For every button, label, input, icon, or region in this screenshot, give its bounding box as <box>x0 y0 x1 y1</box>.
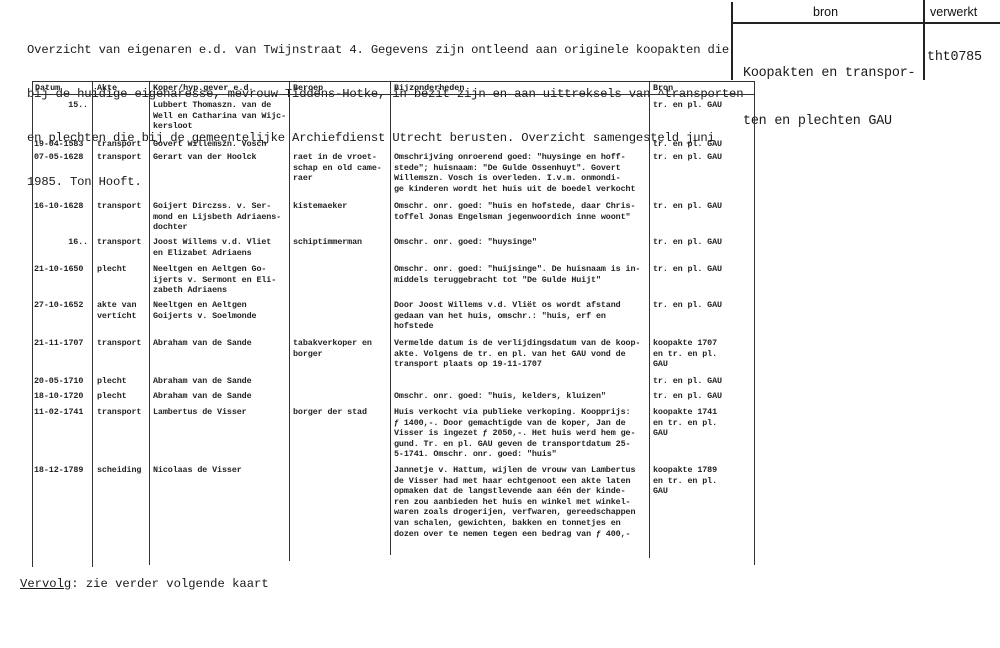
column-divider <box>390 81 391 555</box>
continuation-label: Vervolg <box>20 577 71 591</box>
cell-akte: scheiding <box>97 465 141 476</box>
cell-koper: Gerart van der Hoolck <box>153 152 256 163</box>
cell-akte: transport <box>97 201 141 212</box>
cell-bron: tr. en pl. GAU <box>653 264 722 275</box>
cell-bijzonderheden: Door Joost Willems v.d. Vliët os wordt a… <box>394 300 621 332</box>
cell-akte: plecht <box>97 391 127 402</box>
cell-koper: Govert Willemszn. Vosch <box>153 139 266 150</box>
header-bijzonderheden: Bijzonderheden <box>394 82 464 94</box>
cell-akte: plecht <box>97 376 127 387</box>
column-divider <box>649 81 650 558</box>
continuation-text: : zie verder volgende kaart <box>71 577 268 591</box>
cell-bron: koopakte 1707 en tr. en pl. GAU <box>653 338 717 370</box>
cell-koper: Joost Willems v.d. Vliet en Elizabet Adr… <box>153 237 271 258</box>
header-datum: Datum <box>35 82 60 94</box>
cell-koper: Abraham van de Sande <box>153 338 252 349</box>
box-divider <box>731 2 733 80</box>
header-border <box>32 94 755 95</box>
box-divider <box>731 22 1000 24</box>
cell-datum: 21-10-1650 <box>34 264 83 275</box>
cell-bijzonderheden: Omschr. onr. goed: "huysinge" <box>394 237 537 248</box>
cell-beroep: kistemaeker <box>293 201 347 212</box>
cell-datum: 20-05-1710 <box>34 376 83 387</box>
intro-line: Overzicht van eigenaren e.d. van Twijnst… <box>27 43 727 58</box>
cell-bron: tr. en pl. GAU <box>653 201 722 212</box>
cell-datum: 11-02-1741 <box>34 407 83 418</box>
column-divider <box>92 81 93 567</box>
cell-bron: koopakte 1789 en tr. en pl. GAU <box>653 465 717 497</box>
header-akte: Akte <box>97 82 117 94</box>
cell-datum: 07-05-1628 <box>34 152 83 163</box>
cell-koper: Neeltgen en Aeltgen Goijerts v. Soelmond… <box>153 300 256 321</box>
cell-koper: Abraham van de Sande <box>153 391 252 402</box>
cell-akte: transport <box>97 338 141 349</box>
cell-bijzonderheden: Omschr. onr. goed: "huis, kelders, kluiz… <box>394 391 606 402</box>
cell-bijzonderheden: Omschr. onr. goed: "huis en hofstede, da… <box>394 201 635 222</box>
cell-koper: Lubbert Thomaszn. van de Well en Cathari… <box>153 100 286 132</box>
cell-datum: 18-10-1720 <box>34 391 83 402</box>
cell-bron: tr. en pl. GAU <box>653 391 722 402</box>
cell-datum: 27-10-1652 <box>34 300 83 311</box>
cell-akte: transport <box>97 152 141 163</box>
cell-datum: 16-10-1628 <box>34 201 83 212</box>
header-koper: Koper/hyp.gever e.d. <box>153 82 254 94</box>
cell-bijzonderheden: Jannetje v. Hattum, wijlen de vrouw van … <box>394 465 635 539</box>
cell-akte: transport <box>97 139 141 150</box>
cell-koper: Abraham van de Sande <box>153 376 252 387</box>
owners-table: Datum Akte Koper/hyp.gever e.d. Beroep B… <box>32 81 754 567</box>
cell-datum: 21-11-1707 <box>34 338 83 349</box>
header-beroep: Beroep <box>293 82 323 94</box>
verwerkt-value: tht0785 <box>927 50 982 66</box>
cell-bron: koopakte 1741 en tr. en pl. GAU <box>653 407 717 439</box>
cell-beroep: schiptimmerman <box>293 237 362 248</box>
column-divider <box>32 81 33 567</box>
cell-bijzonderheden: Huis verkocht via publieke verkoping. Ko… <box>394 407 635 460</box>
continuation-note: Vervolg: zie verder volgende kaart <box>20 577 269 591</box>
cell-beroep: borger der stad <box>293 407 367 418</box>
cell-bron: tr. en pl. GAU <box>653 376 722 387</box>
cell-akte: transport <box>97 407 141 418</box>
cell-datum: 18-12-1789 <box>34 465 83 476</box>
cell-beroep: tabakverkoper en borger <box>293 338 372 359</box>
cell-bron: tr. en pl. GAU <box>653 152 722 163</box>
cell-bijzonderheden: Omschrijving onroerend goed: "huysinge e… <box>394 152 635 194</box>
cell-bron: tr. en pl. GAU <box>653 300 722 311</box>
column-divider <box>149 81 150 565</box>
cell-bron: tr. en pl. GAU <box>653 100 722 111</box>
cell-bijzonderheden: Omschr. onr. goed: "huijsinge". De huisn… <box>394 264 640 285</box>
cell-akte: plecht <box>97 264 127 275</box>
cell-bron: tr. en pl. GAU <box>653 237 722 248</box>
box-divider <box>923 0 925 80</box>
bron-label: bron <box>813 5 838 19</box>
cell-datum: 15.. <box>32 100 88 111</box>
cell-akte: transport <box>97 237 141 248</box>
column-divider <box>754 81 755 565</box>
cell-bron: tr. en pl. GAU <box>653 139 722 150</box>
verwerkt-label: verwerkt <box>930 5 977 19</box>
cell-akte: akte van vertícht <box>97 300 136 321</box>
bron-value: Koopakten en transpor- ten en plechten G… <box>743 34 915 162</box>
cell-koper: Neeltgen en Aeltgen Go- ijerts v. Sermon… <box>153 264 276 296</box>
cell-bijzonderheden: Vermelde datum is de verlijdingsdatum va… <box>394 338 640 370</box>
cell-koper: Goijert Dirczss. v. Ser- mond en Lijsbet… <box>153 201 281 233</box>
cell-datum: 16.. <box>32 237 88 248</box>
cell-koper: Nicolaas de Visser <box>153 465 242 476</box>
cell-koper: Lambertus de Visser <box>153 407 247 418</box>
header-bron: Bron <box>653 82 673 94</box>
cell-datum: 19-04-1583 <box>34 139 83 150</box>
column-divider <box>289 81 290 561</box>
cell-beroep: raet in de vroet- schap en old came- rae… <box>293 152 382 184</box>
